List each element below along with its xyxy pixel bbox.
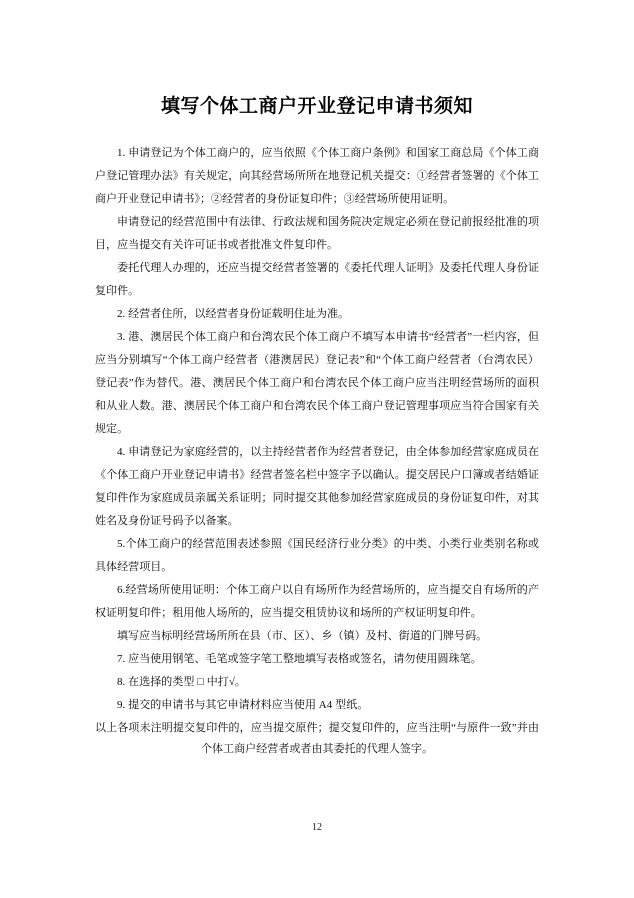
paragraph: 7. 应当使用钢笔、毛笔或签字笔工整地填写表格或签名，请勿使用圆珠笔。 [95,648,539,671]
paragraph: 2. 经营者住所，以经营者身份证载明住址为准。 [95,303,539,326]
paragraph: 1. 申请登记为个体工商户的，应当依照《个体工商户条例》和国家工商总局《个体工商… [95,142,539,211]
paragraph: 4. 申请登记为家庭经营的，以主持经营者作为经营者登记，由全体参加经营家庭成员在… [95,441,539,533]
paragraph: 5.个体工商户的经营范围表述参照《国民经济行业分类》的中类、小类行业类别名称或具… [95,533,539,579]
paragraph: 8. 在选择的类型 □ 中打√。 [95,671,539,694]
paragraph: 6.经营场所使用证明：个体工商户以自有场所作为经营场所的，应当提交自有场所的产权… [95,579,539,625]
document-body: 1. 申请登记为个体工商户的，应当依照《个体工商户条例》和国家工商总局《个体工商… [95,142,539,760]
page-number: 12 [0,821,634,835]
document-content: 填写个体工商户开业登记申请书须知 1. 申请登记为个体工商户的，应当依照《个体工… [95,93,539,760]
paragraph: 9. 提交的申请书与其它申请材料应当使用 A4 型纸。 [95,694,539,717]
document-page: 填写个体工商户开业登记申请书须知 1. 申请登记为个体工商户的，应当依照《个体工… [0,0,634,898]
document-title: 填写个体工商户开业登记申请书须知 [95,93,539,120]
paragraph: 委托代理人办理的，还应当提交经营者签署的《委托代理人证明》及委托代理人身份证复印… [95,257,539,303]
paragraph: 填写应当标明经营场所所在县（市、区）、乡（镇）及村、街道的门牌号码。 [95,625,539,648]
paragraph: 申请登记的经营范围中有法律、行政法规和国务院决定规定必须在登记前报经批准的项目，… [95,211,539,257]
paragraph: 以上各项未注明提交复印件的，应当提交原件；提交复印件的，应当注明“与原件一致”并… [95,718,539,760]
paragraph: 3. 港、澳居民个体工商户和台湾农民个体工商户不填写本申请书“经营者”一栏内容，… [95,326,539,441]
